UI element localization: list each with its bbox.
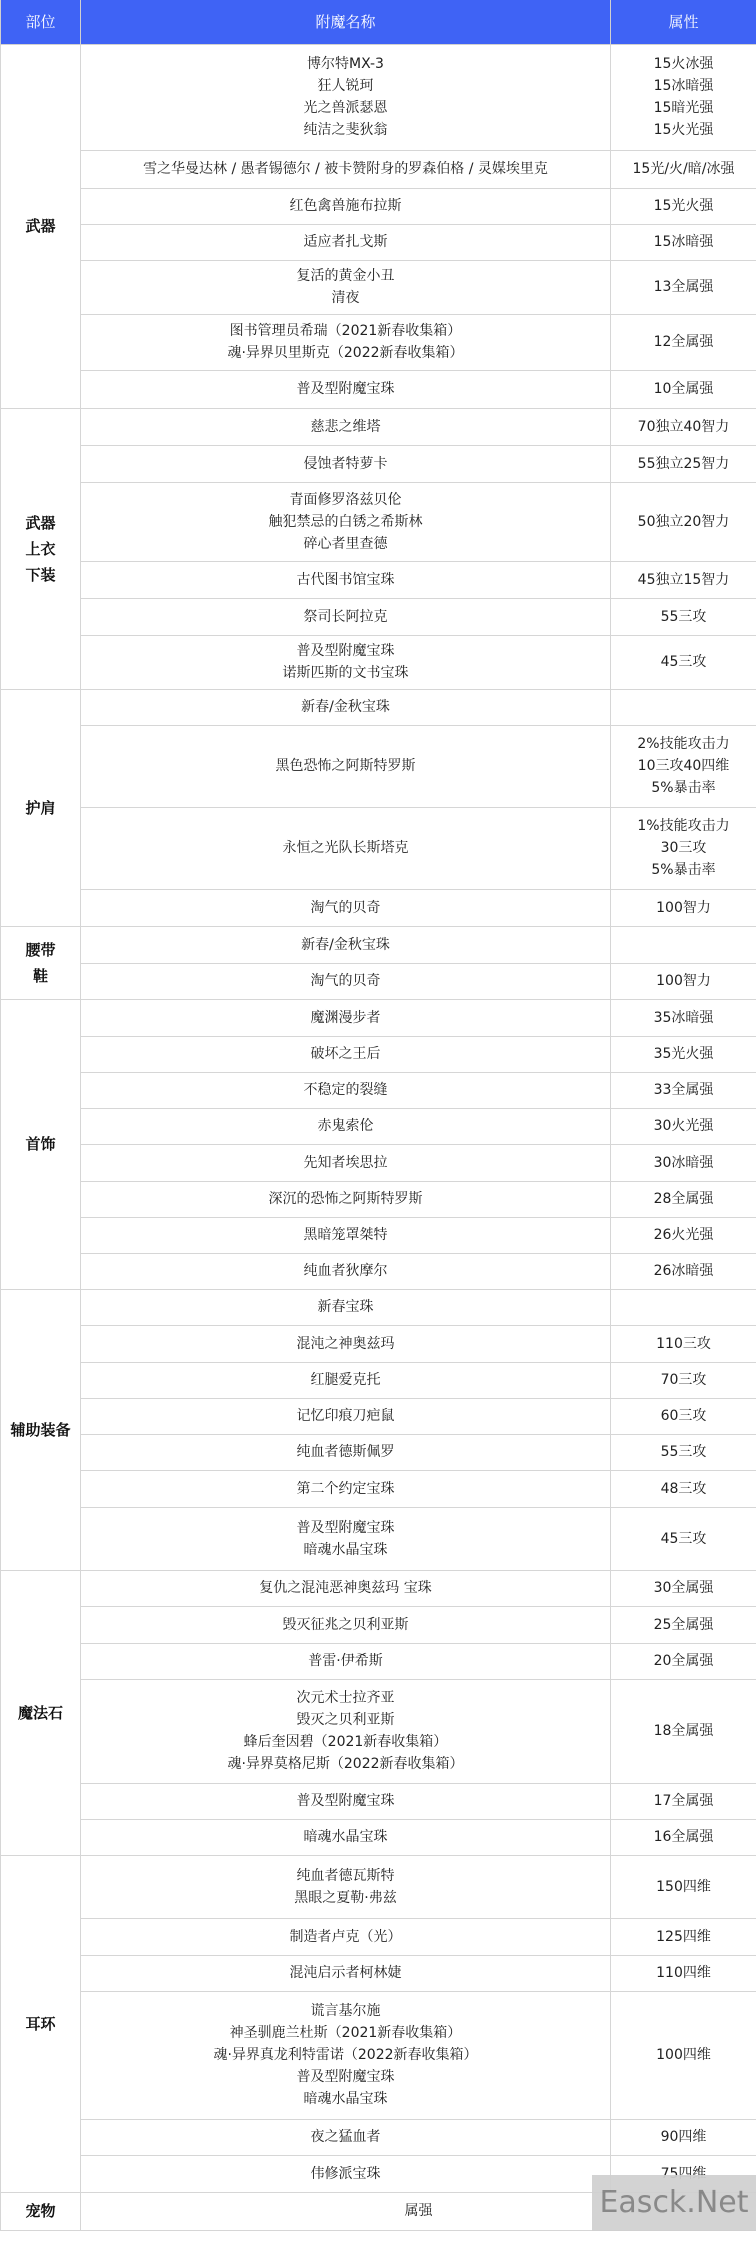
attribute-value: 15冰暗强 [613,231,754,253]
enchant-name: 纯血者德斯佩罗 [83,1441,608,1463]
attribute-cell: 15光火强 [611,188,756,224]
table-row: 次元术士拉齐亚毁灭之贝利亚斯蜂后奎因碧（2021新春收集箱）魂·异界莫格尼斯（2… [1,1679,756,1783]
enchant-name-cell: 纯血者德斯佩罗 [81,1434,611,1470]
attribute-value: 15火冰强 [613,53,754,75]
enchant-name-cell: 复仇之混沌恶神奥兹玛 宝珠 [81,1570,611,1606]
attribute-value: 45三攻 [613,1528,754,1550]
table-row: 红腿爱克托70三攻 [1,1362,756,1398]
attribute-value: 10全属强 [613,378,754,400]
header-name: 附魔名称 [81,0,611,44]
enchant-name-cell: 新春宝珠 [81,1289,611,1325]
enchant-name: 淘气的贝奇 [83,897,608,919]
attribute-value: 2%技能攻击力 [613,733,754,755]
table-row: 不稳定的裂缝33全属强 [1,1072,756,1108]
enchant-name: 混沌启示者柯林婕 [83,1962,608,1984]
enchant-name-cell: 暗魂水晶宝珠 [81,1819,611,1855]
attribute-cell: 25全属强 [611,1606,756,1643]
attribute-value: 15光火强 [613,195,754,217]
enchant-name: 光之兽派瑟恩 [83,97,608,119]
attribute-value: 45独立15智力 [613,569,754,591]
attribute-value: 25全属强 [613,1614,754,1636]
enchant-name-cell: 纯血者德瓦斯特黑眼之夏勒·弗兹 [81,1855,611,1918]
enchant-name: 不稳定的裂缝 [83,1079,608,1101]
enchant-name: 复仇之混沌恶神奥兹玛 宝珠 [83,1577,608,1599]
attribute-value: 15冰暗强 [613,75,754,97]
part-cell: 武器 [1,44,81,408]
enchant-name: 制造者卢克（光） [83,1926,608,1948]
table-row: 辅助装备新春宝珠 [1,1289,756,1325]
part-cell: 护肩 [1,689,81,926]
attribute-cell: 15火冰强15冰暗强15暗光强15火光强 [611,44,756,150]
enchant-name: 纯洁之斐狄翁 [83,119,608,141]
table-row: 纯血者狄摩尔26冰暗强 [1,1253,756,1289]
table-row: 耳环纯血者德瓦斯特黑眼之夏勒·弗兹150四维 [1,1855,756,1918]
enchant-name-cell: 夜之猛血者 [81,2119,611,2155]
table-row: 黑暗笼罩桀特26火光强 [1,1217,756,1253]
header-attr: 属性 [611,0,756,44]
enchant-name-cell: 红色禽兽施布拉斯 [81,188,611,224]
enchant-name-cell: 普雷·伊希斯 [81,1643,611,1679]
part-cell: 耳环 [1,1855,81,2192]
table-row: 破坏之王后35光火强 [1,1036,756,1072]
table-row: 先知者埃思拉30冰暗强 [1,1144,756,1181]
attribute-cell: 15冰暗强 [611,224,756,260]
attribute-value: 1%技能攻击力 [613,815,754,837]
enchant-name: 记忆印痕刀疤鼠 [83,1405,608,1427]
attribute-value: 100四维 [613,2044,754,2066]
enchant-name-cell: 混沌之神奥兹玛 [81,1325,611,1362]
enchant-name: 毁灭之贝利亚斯 [83,1709,608,1731]
table-row: 毁灭征兆之贝利亚斯25全属强 [1,1606,756,1643]
enchant-name-cell: 复活的黄金小丑清夜 [81,260,611,314]
enchant-name: 新春宝珠 [83,1296,608,1318]
enchant-name: 普及型附魔宝珠 [83,378,608,400]
enchant-name-cell: 伟修派宝珠 [81,2155,611,2192]
enchant-name: 第二个约定宝珠 [83,1478,608,1500]
enchant-name-cell: 混沌启示者柯林婕 [81,1955,611,1991]
enchant-name-cell: 普及型附魔宝珠 [81,1783,611,1819]
header-part: 部位 [1,0,81,44]
attribute-value: 13全属强 [613,276,754,298]
enchant-name-cell: 不稳定的裂缝 [81,1072,611,1108]
attribute-cell: 60三攻 [611,1398,756,1434]
enchant-name: 黑暗笼罩桀特 [83,1224,608,1246]
enchant-name: 普及型附魔宝珠 [83,1517,608,1539]
table-row: 普及型附魔宝珠17全属强 [1,1783,756,1819]
attribute-value: 100智力 [613,970,754,992]
part-label: 耳环 [3,2011,78,2037]
attribute-cell: 45三攻 [611,635,756,689]
part-label: 魔法石 [3,1700,78,1726]
table-row: 护肩新春/金秋宝珠 [1,689,756,725]
attribute-cell: 15光/火/暗/冰强 [611,150,756,188]
part-cell: 腰带鞋 [1,926,81,999]
enchant-name-cell: 魔渊漫步者 [81,999,611,1036]
table-row: 混沌启示者柯林婕110四维 [1,1955,756,1991]
table-row: 深沉的恐怖之阿斯特罗斯28全属强 [1,1181,756,1217]
attribute-value: 35光火强 [613,1043,754,1065]
table-row: 首饰魔渊漫步者35冰暗强 [1,999,756,1036]
enchant-name: 触犯禁忌的白锈之希斯林 [83,511,608,533]
part-label: 腰带 [3,937,78,963]
attribute-cell: 35冰暗强 [611,999,756,1036]
attribute-cell: 125四维 [611,1918,756,1955]
attribute-value: 55三攻 [613,1441,754,1463]
enchant-name-cell: 新春/金秋宝珠 [81,926,611,963]
attribute-value: 17全属强 [613,1790,754,1812]
attribute-cell: 12全属强 [611,314,756,370]
enchant-name: 新春/金秋宝珠 [83,696,608,718]
enchant-name-cell: 永恒之光队长斯塔克 [81,807,611,889]
table-row: 暗魂水晶宝珠16全属强 [1,1819,756,1855]
table-row: 制造者卢克（光）125四维 [1,1918,756,1955]
part-label: 武器 [3,510,78,536]
enchant-name: 黑眼之夏勒·弗兹 [83,1887,608,1909]
attribute-cell: 110三攻 [611,1325,756,1362]
table-row: 混沌之神奥兹玛110三攻 [1,1325,756,1362]
part-label: 首饰 [3,1131,78,1157]
attribute-cell: 30火光强 [611,1108,756,1144]
part-cell-pet: 宠物 [1,2192,81,2230]
attribute-cell: 90四维 [611,2119,756,2155]
attribute-value: 30火光强 [613,1115,754,1137]
enchant-name: 清夜 [83,287,608,309]
table-row: 夜之猛血者90四维 [1,2119,756,2155]
enchant-table: 部位 附魔名称 属性 武器博尔特MX-3狂人锐珂光之兽派瑟恩纯洁之斐狄翁15火冰… [0,0,756,2231]
table-row: 普及型附魔宝珠暗魂水晶宝珠45三攻 [1,1507,756,1570]
attribute-value: 60三攻 [613,1405,754,1427]
attribute-cell: 30全属强 [611,1570,756,1606]
attribute-cell: 20全属强 [611,1643,756,1679]
enchant-name-cell: 先知者埃思拉 [81,1144,611,1181]
attribute-cell: 55三攻 [611,1434,756,1470]
enchant-name: 谎言基尔施 [83,2000,608,2022]
part-label: 武器 [3,213,78,239]
attribute-value: 15火光强 [613,119,754,141]
table-row: 祭司长阿拉克55三攻 [1,598,756,635]
enchant-name: 神圣驯鹿兰杜斯（2021新春收集箱） [83,2022,608,2044]
enchant-name: 普及型附魔宝珠 [83,1790,608,1812]
table-row: 普及型附魔宝珠诺斯匹斯的文书宝珠45三攻 [1,635,756,689]
enchant-name: 暗魂水晶宝珠 [83,1539,608,1561]
table-row: 青面修罗洛兹贝伦触犯禁忌的白锈之希斯林碎心者里查德50独立20智力 [1,482,756,561]
table-row: 赤鬼索伦30火光强 [1,1108,756,1144]
enchant-name-cell: 毁灭征兆之贝利亚斯 [81,1606,611,1643]
attribute-cell [611,1289,756,1325]
enchant-name: 图书管理员希瑞（2021新春收集箱） [83,320,608,342]
part-label: 上衣 [3,536,78,562]
attribute-value: 70三攻 [613,1369,754,1391]
attribute-cell: 100智力 [611,963,756,999]
attribute-cell [611,689,756,725]
enchant-name-cell: 侵蚀者特萝卡 [81,445,611,482]
enchant-name: 古代图书馆宝珠 [83,569,608,591]
attribute-cell: 100四维 [611,1991,756,2119]
attribute-cell: 26冰暗强 [611,1253,756,1289]
enchant-name-cell: 破坏之王后 [81,1036,611,1072]
table-row: 黑色恐怖之阿斯特罗斯2%技能攻击力10三攻40四维5%暴击率 [1,725,756,807]
attribute-value: 150四维 [613,1876,754,1898]
table-row: 魔法石复仇之混沌恶神奥兹玛 宝珠30全属强 [1,1570,756,1606]
attribute-cell: 70三攻 [611,1362,756,1398]
part-cell: 武器上衣下装 [1,408,81,689]
enchant-name: 新春/金秋宝珠 [83,934,608,956]
enchant-name: 赤鬼索伦 [83,1115,608,1137]
attribute-value: 18全属强 [613,1720,754,1742]
attribute-value: 90四维 [613,2126,754,2148]
attribute-value: 26火光强 [613,1224,754,1246]
attribute-cell [611,926,756,963]
table-row: 永恒之光队长斯塔克1%技能攻击力30三攻5%暴击率 [1,807,756,889]
attribute-cell: 110四维 [611,1955,756,1991]
enchant-name: 永恒之光队长斯塔克 [83,837,608,859]
attribute-value: 45三攻 [613,651,754,673]
attribute-cell: 48三攻 [611,1470,756,1507]
enchant-name: 博尔特MX-3 [83,53,608,75]
enchant-name: 复活的黄金小丑 [83,265,608,287]
enchant-name: 纯血者德瓦斯特 [83,1865,608,1887]
attribute-value: 55三攻 [613,606,754,628]
enchant-name-cell: 淘气的贝奇 [81,889,611,926]
enchant-name-cell: 普及型附魔宝珠暗魂水晶宝珠 [81,1507,611,1570]
enchant-name-cell: 祭司长阿拉克 [81,598,611,635]
table-row: 纯血者德斯佩罗55三攻 [1,1434,756,1470]
enchant-name-cell: 制造者卢克（光） [81,1918,611,1955]
enchant-name: 黑色恐怖之阿斯特罗斯 [83,755,608,777]
table-row: 雪之华曼达林 / 愚者锡德尔 / 被卡赞附身的罗森伯格 / 灵媒埃里克15光/火… [1,150,756,188]
table-row: 淘气的贝奇100智力 [1,963,756,999]
enchant-name-cell: 次元术士拉齐亚毁灭之贝利亚斯蜂后奎因碧（2021新春收集箱）魂·异界莫格尼斯（2… [81,1679,611,1783]
attribute-value: 16全属强 [613,1826,754,1848]
enchant-name: 慈悲之维塔 [83,416,608,438]
enchant-name: 暗魂水晶宝珠 [83,1826,608,1848]
enchant-name-cell: 慈悲之维塔 [81,408,611,445]
part-label: 辅助装备 [3,1417,78,1443]
attribute-cell: 28全属强 [611,1181,756,1217]
enchant-name: 祭司长阿拉克 [83,606,608,628]
attribute-cell: 50独立20智力 [611,482,756,561]
attribute-value: 125四维 [613,1926,754,1948]
enchant-name: 伟修派宝珠 [83,2163,608,2185]
attribute-cell: 35光火强 [611,1036,756,1072]
table-row: 普及型附魔宝珠10全属强 [1,370,756,408]
enchant-name: 诺斯匹斯的文书宝珠 [83,662,608,684]
table-row: 图书管理员希瑞（2021新春收集箱）魂·异界贝里斯克（2022新春收集箱）12全… [1,314,756,370]
attribute-cell: 18全属强 [611,1679,756,1783]
enchant-name-cell: 普及型附魔宝珠诺斯匹斯的文书宝珠 [81,635,611,689]
table-row: 谎言基尔施神圣驯鹿兰杜斯（2021新春收集箱）魂·异界真龙利特雷诺（2022新春… [1,1991,756,2119]
attribute-value: 26冰暗强 [613,1260,754,1282]
enchant-name-cell: 纯血者狄摩尔 [81,1253,611,1289]
enchant-name: 雪之华曼达林 / 愚者锡德尔 / 被卡赞附身的罗森伯格 / 灵媒埃里克 [83,158,608,180]
table-row: 适应者扎戈斯15冰暗强 [1,224,756,260]
enchant-name: 纯血者狄摩尔 [83,1260,608,1282]
attribute-value: 28全属强 [613,1188,754,1210]
attribute-cell: 30冰暗强 [611,1144,756,1181]
enchant-name: 魂·异界真龙利特雷诺（2022新春收集箱） [83,2044,608,2066]
enchant-name-cell: 深沉的恐怖之阿斯特罗斯 [81,1181,611,1217]
attribute-value: 15暗光强 [613,97,754,119]
enchant-name: 普及型附魔宝珠 [83,2066,608,2088]
header-row: 部位 附魔名称 属性 [1,0,756,44]
attribute-cell: 70独立40智力 [611,408,756,445]
table-row: 淘气的贝奇100智力 [1,889,756,926]
enchant-name: 魂·异界贝里斯克（2022新春收集箱） [83,342,608,364]
attribute-value: 30三攻 [613,837,754,859]
enchant-name: 青面修罗洛兹贝伦 [83,489,608,511]
attribute-value: 110三攻 [613,1333,754,1355]
attribute-cell: 55三攻 [611,598,756,635]
attribute-value: 20全属强 [613,1650,754,1672]
enchant-name-cell: 青面修罗洛兹贝伦触犯禁忌的白锈之希斯林碎心者里查德 [81,482,611,561]
table-row: 红色禽兽施布拉斯15光火强 [1,188,756,224]
table-row: 记忆印痕刀疤鼠60三攻 [1,1398,756,1434]
table-row: 武器博尔特MX-3狂人锐珂光之兽派瑟恩纯洁之斐狄翁15火冰强15冰暗强15暗光强… [1,44,756,150]
enchant-name: 夜之猛血者 [83,2126,608,2148]
enchant-name: 红色禽兽施布拉斯 [83,195,608,217]
part-cell: 首饰 [1,999,81,1289]
enchant-name-cell: 记忆印痕刀疤鼠 [81,1398,611,1434]
enchant-name-cell: 黑暗笼罩桀特 [81,1217,611,1253]
enchant-name-cell: 黑色恐怖之阿斯特罗斯 [81,725,611,807]
table-row: 武器上衣下装慈悲之维塔70独立40智力 [1,408,756,445]
attribute-cell: 13全属强 [611,260,756,314]
enchant-name: 次元术士拉齐亚 [83,1687,608,1709]
enchant-name: 普雷·伊希斯 [83,1650,608,1672]
enchant-name: 魂·异界莫格尼斯（2022新春收集箱） [83,1753,608,1775]
enchant-name-cell: 赤鬼索伦 [81,1108,611,1144]
enchant-name: 适应者扎戈斯 [83,231,608,253]
attribute-value: 50独立20智力 [613,511,754,533]
part-label: 下装 [3,562,78,588]
attribute-value: 100智力 [613,897,754,919]
attribute-value: 10三攻40四维 [613,755,754,777]
table-row: 第二个约定宝珠48三攻 [1,1470,756,1507]
attribute-value: 110四维 [613,1962,754,1984]
table-row: 腰带鞋新春/金秋宝珠 [1,926,756,963]
enchant-name: 狂人锐珂 [83,75,608,97]
attribute-value: 48三攻 [613,1478,754,1500]
attribute-cell: 45三攻 [611,1507,756,1570]
attribute-cell: 10全属强 [611,370,756,408]
enchant-name-cell: 新春/金秋宝珠 [81,689,611,725]
attribute-value: 5%暴击率 [613,777,754,799]
enchant-name-cell: 第二个约定宝珠 [81,1470,611,1507]
attribute-cell: 26火光强 [611,1217,756,1253]
attribute-value: 30冰暗强 [613,1152,754,1174]
attribute-cell: 45独立15智力 [611,561,756,598]
enchant-name: 普及型附魔宝珠 [83,640,608,662]
enchant-name: 蜂后奎因碧（2021新春收集箱） [83,1731,608,1753]
enchant-name: 淘气的贝奇 [83,970,608,992]
attribute-value: 30全属强 [613,1577,754,1599]
part-cell: 辅助装备 [1,1289,81,1570]
watermark-logo: Easck.Net [592,2175,756,2231]
attribute-cell: 2%技能攻击力10三攻40四维5%暴击率 [611,725,756,807]
enchant-name: 混沌之神奥兹玛 [83,1333,608,1355]
enchant-name-cell: 适应者扎戈斯 [81,224,611,260]
attribute-cell: 55独立25智力 [611,445,756,482]
enchant-name-cell: 淘气的贝奇 [81,963,611,999]
table-row: 普雷·伊希斯20全属强 [1,1643,756,1679]
attribute-value: 35冰暗强 [613,1007,754,1029]
enchant-name-cell: 雪之华曼达林 / 愚者锡德尔 / 被卡赞附身的罗森伯格 / 灵媒埃里克 [81,150,611,188]
enchant-name: 毁灭征兆之贝利亚斯 [83,1614,608,1636]
attribute-value: 5%暴击率 [613,859,754,881]
enchant-name-cell: 博尔特MX-3狂人锐珂光之兽派瑟恩纯洁之斐狄翁 [81,44,611,150]
enchant-name-cell: 图书管理员希瑞（2021新春收集箱）魂·异界贝里斯克（2022新春收集箱） [81,314,611,370]
table-body: 武器博尔特MX-3狂人锐珂光之兽派瑟恩纯洁之斐狄翁15火冰强15冰暗强15暗光强… [1,44,756,2192]
enchant-name-cell: 谎言基尔施神圣驯鹿兰杜斯（2021新春收集箱）魂·异界真龙利特雷诺（2022新春… [81,1991,611,2119]
enchant-name: 先知者埃思拉 [83,1152,608,1174]
enchant-name: 碎心者里查德 [83,533,608,555]
part-cell: 魔法石 [1,1570,81,1855]
enchant-name-cell: 红腿爱克托 [81,1362,611,1398]
attribute-cell: 33全属强 [611,1072,756,1108]
table-row: 古代图书馆宝珠45独立15智力 [1,561,756,598]
attribute-cell: 150四维 [611,1855,756,1918]
attribute-value: 12全属强 [613,331,754,353]
enchant-name: 暗魂水晶宝珠 [83,2088,608,2110]
attribute-value: 15光/火/暗/冰强 [613,158,754,180]
part-label: 鞋 [3,963,78,989]
attribute-cell: 17全属强 [611,1783,756,1819]
attribute-value: 70独立40智力 [613,416,754,438]
enchant-name: 深沉的恐怖之阿斯特罗斯 [83,1188,608,1210]
table-row: 侵蚀者特萝卡55独立25智力 [1,445,756,482]
part-label: 护肩 [3,795,78,821]
enchant-name: 破坏之王后 [83,1043,608,1065]
enchant-name-cell: 古代图书馆宝珠 [81,561,611,598]
attribute-cell: 1%技能攻击力30三攻5%暴击率 [611,807,756,889]
attribute-cell: 100智力 [611,889,756,926]
enchant-name-cell: 普及型附魔宝珠 [81,370,611,408]
attribute-value: 33全属强 [613,1079,754,1101]
enchant-name: 魔渊漫步者 [83,1007,608,1029]
table-row: 复活的黄金小丑清夜13全属强 [1,260,756,314]
enchant-name: 红腿爱克托 [83,1369,608,1391]
enchant-name: 侵蚀者特萝卡 [83,453,608,475]
attribute-cell: 16全属强 [611,1819,756,1855]
attribute-value: 55独立25智力 [613,453,754,475]
